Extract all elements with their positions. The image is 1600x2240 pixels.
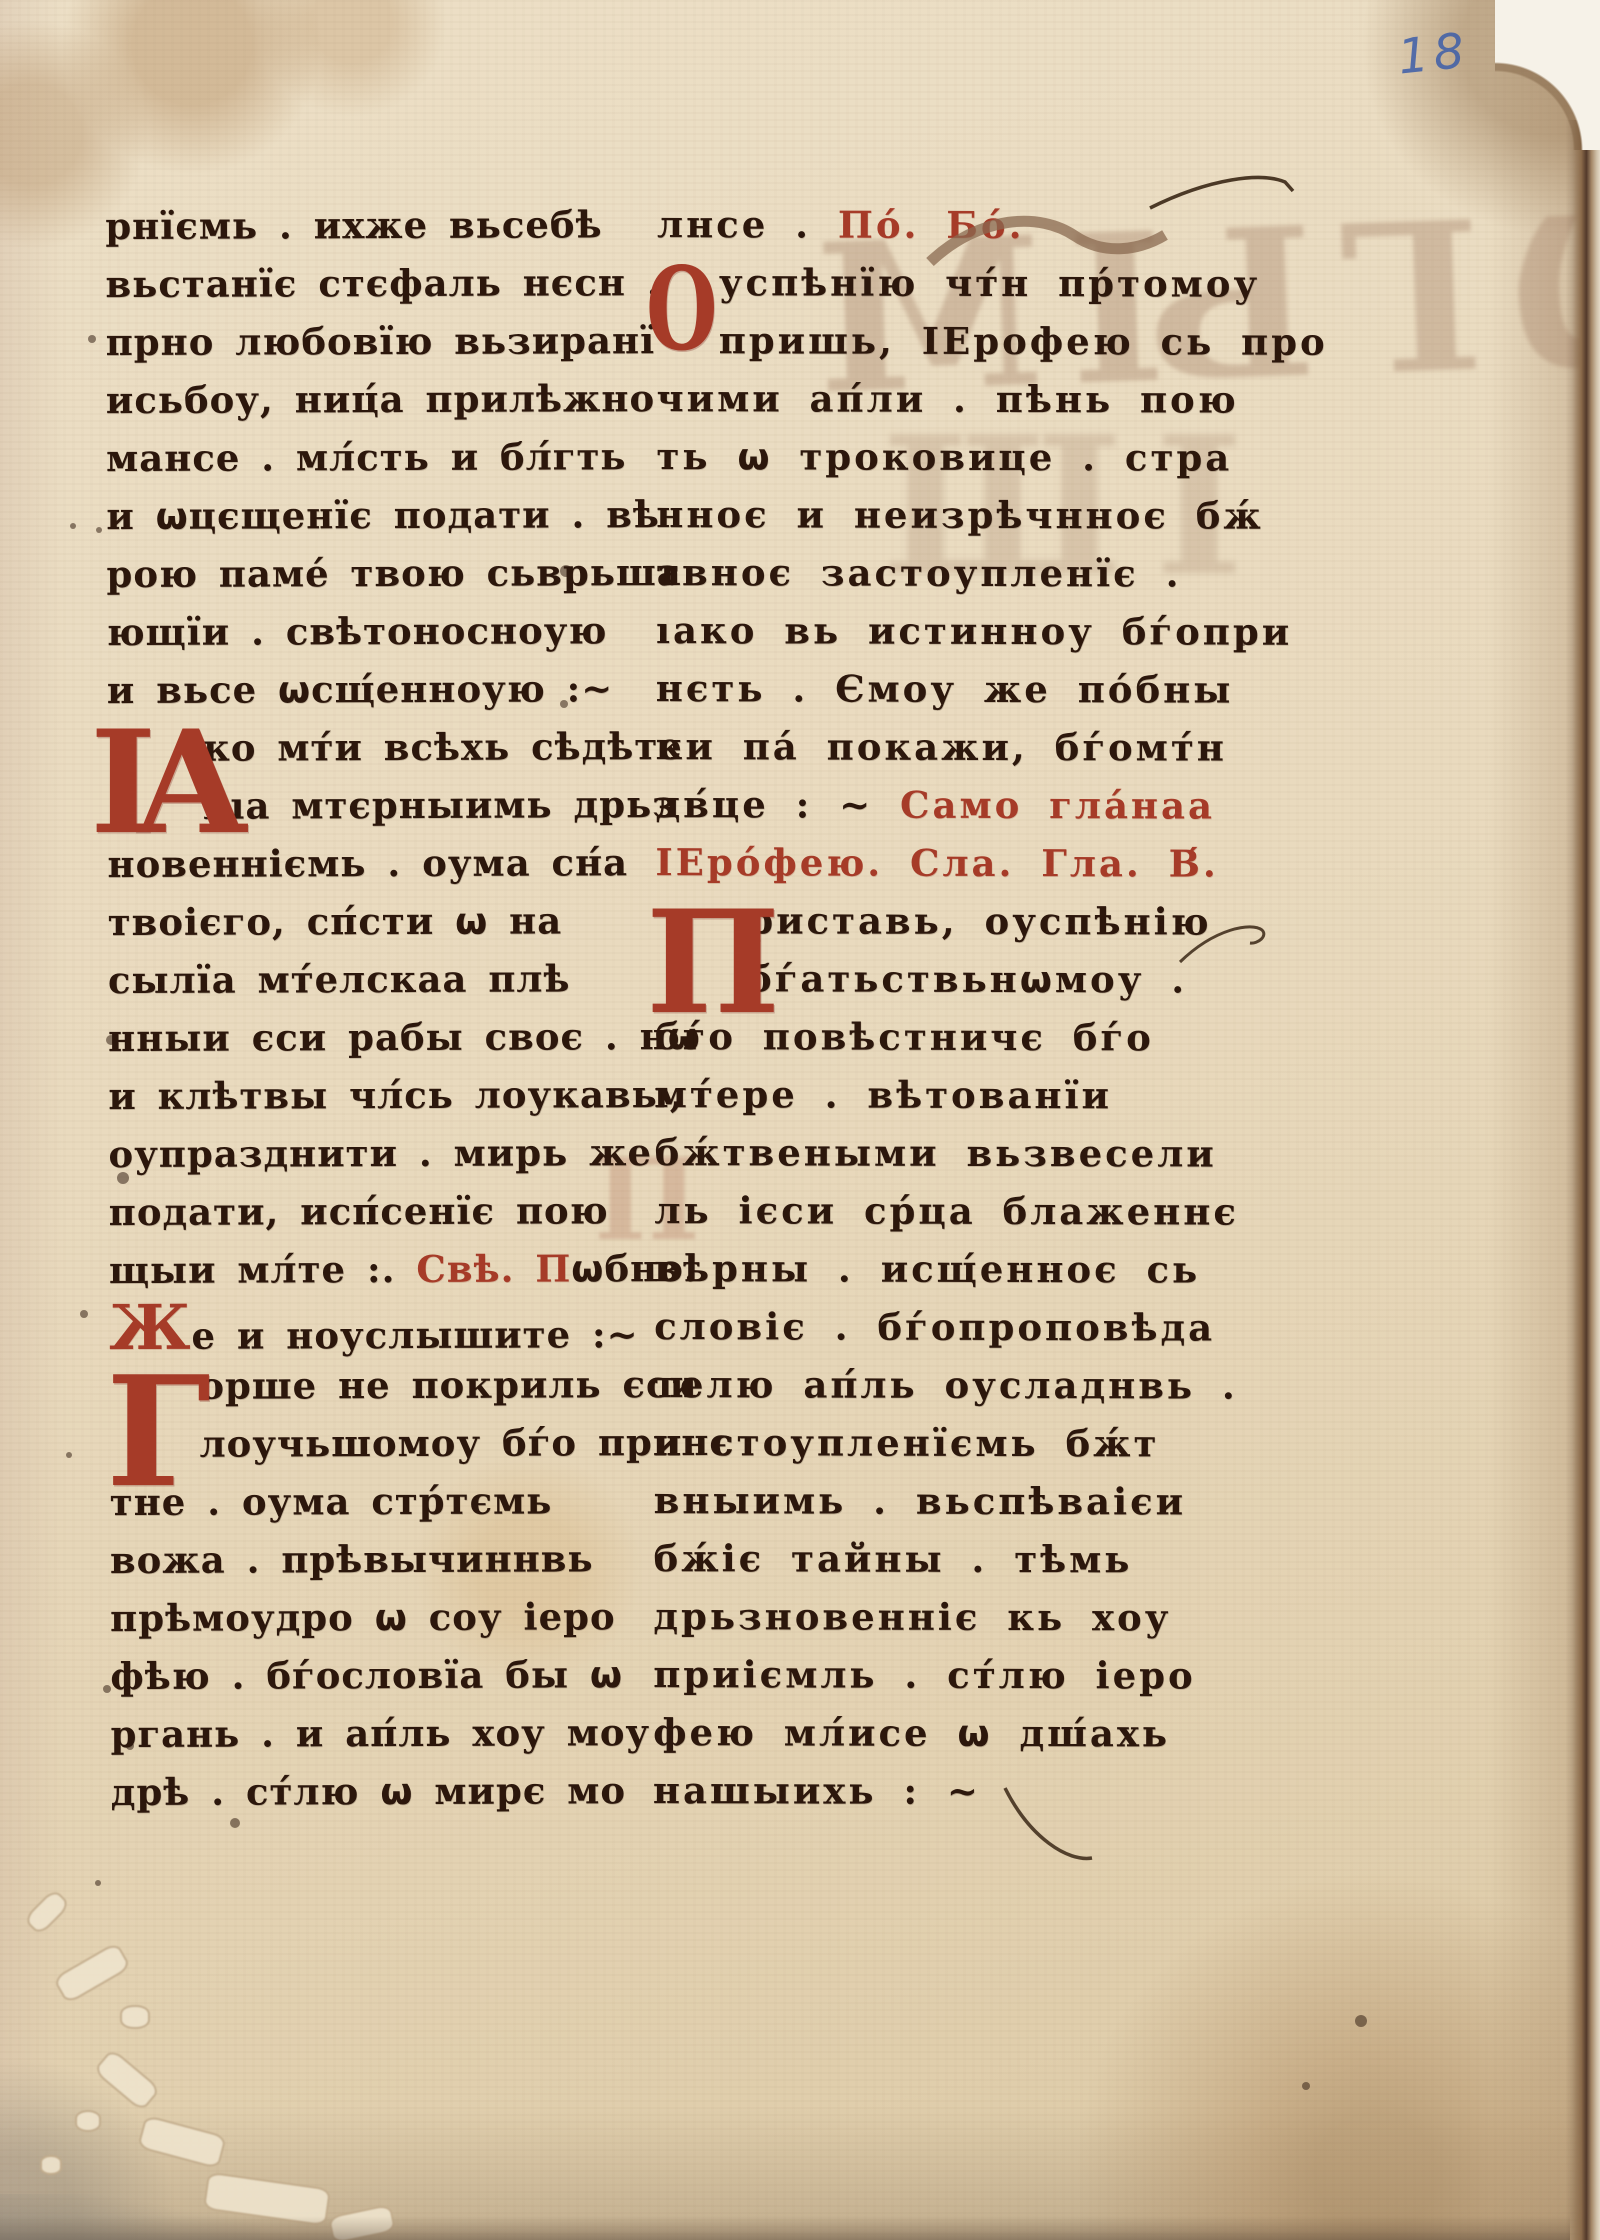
body-text: вьстанїє стєфаль нєсн . (105, 260, 660, 306)
manuscript-line: успѣнїю чт́н пр́томоу (657, 253, 1328, 313)
body-text: вѣрны . исщ́енноє сь (654, 1246, 1200, 1291)
body-text: нныи єси рабы своє . нѡ (108, 1014, 701, 1060)
body-text: орше не покриль єси (199, 1362, 698, 1408)
page-corner-background (1495, 0, 1600, 150)
body-text: оупразднити . мирь же (108, 1130, 652, 1176)
body-text: твоієго, сп́сти ѡ на (108, 899, 563, 945)
body-text: подати, исп́сенїє пою (109, 1188, 609, 1234)
wormhole-mark (75, 2110, 101, 2132)
text-column-left: рнїємь . ихже вьсебѣвьстанїє стєфаль нєс… (105, 195, 734, 1821)
rubric-text: По́. (838, 203, 947, 247)
ink-speck (80, 1310, 88, 1318)
manuscript-line: оупразднити . мирь же (108, 1123, 732, 1183)
body-text: ки па́ покажи, бѓомт́н (656, 724, 1227, 769)
manuscript-line: ıако вь истинноу бѓопри (656, 601, 1327, 661)
rubric-text: П (535, 1246, 571, 1290)
manuscript-line: щыи мл́те :. Свѣ. Пѡбно. (109, 1239, 733, 1299)
book-edge-right (1566, 120, 1600, 2240)
body-text: ль ієси ср́ца блаженнє (654, 1188, 1239, 1234)
body-text: пришь, ІЕрофею сь про (719, 318, 1328, 364)
body-text: ко мт́и всѣхь сѣдѣте (203, 724, 683, 770)
ink-speck (66, 1452, 72, 1458)
manuscript-line: ки па́ покажи, бѓомт́н (656, 717, 1327, 777)
manuscript-line: ргань . и ап́ль хоу моу (110, 1703, 734, 1763)
manuscript-line: нноє и неизрѣчнноє бж́ (656, 485, 1327, 545)
manuscript-line: вьстанїє стєфаль нєсн . (105, 253, 729, 313)
body-text: и стоупленїємь бж́т (654, 1420, 1160, 1465)
body-text: телю ап́ль оусладнвь . (654, 1362, 1238, 1408)
body-text: бѓатьствьнѡмоу . (747, 956, 1187, 1001)
body-text: ющїи . свѣтоносноую (107, 608, 608, 654)
manuscript-line: фѣю . бѓословїа бы ѡ (110, 1645, 734, 1705)
body-text: фѣю . бѓословїа бы ѡ (110, 1652, 623, 1698)
body-text: нашыихь : ~ (653, 1768, 981, 1813)
manuscript-line: нашыихь : ~ (653, 1761, 1324, 1821)
body-text: мт́ере . вѣтованїи (655, 1072, 1112, 1117)
wormhole-mark (120, 2005, 150, 2029)
body-text: нноє и неизрѣчнноє бж́ (656, 492, 1264, 538)
body-text: и ѡцєщенїє подати . вѣ (106, 492, 660, 538)
body-text: риставь, оуспѣнію (747, 898, 1212, 943)
manuscript-line: рою паме́ твою сьврьша (106, 543, 730, 603)
manuscript-line: прѣмоудро ѡ соу іеро (110, 1587, 734, 1647)
body-text: рою паме́ твою сьврьша (106, 550, 681, 596)
manuscript-line: сылїа мт́елскаа плѣ (108, 949, 732, 1009)
dropcap-initial: ІА (90, 712, 227, 854)
manuscript-line: и ѡцєщенїє подати . вѣ (106, 485, 730, 545)
manuscript-line: телю ап́ль оусладнвь . (654, 1355, 1325, 1415)
body-text: исьбоу, ниц́а прилѣжно (106, 376, 655, 422)
manuscript-line: дв́це : ~ Само гла́наа (655, 775, 1326, 835)
body-text: вныимь . вьспѣваієи (654, 1478, 1187, 1523)
manuscript-line: вѣрны . исщ́енноє сь (654, 1239, 1325, 1299)
manuscript-line: вожа . прѣвычиннвь (110, 1529, 734, 1589)
manuscript-line: и клѣтвы чл́сь лоукавы, (108, 1065, 732, 1125)
manuscript-line: и стоупленїємь бж́т (654, 1413, 1325, 1473)
manuscript-line: лнсе . По́. Бо́. (657, 195, 1328, 255)
body-text: дрѣ . ст́лю ѡ мирє мо (111, 1768, 626, 1814)
body-text: твноє застоупленїє . (656, 550, 1181, 595)
rubric-text: ІЕро́фею. Сла. Гла. В́. (655, 840, 1219, 885)
manuscript-line: мансе . мл́сть и бл́гть (106, 427, 730, 487)
rubric-text: Бо́. (946, 203, 1024, 247)
manuscript-line: приіємль . ст́лю іеро (653, 1645, 1324, 1705)
body-text: лıа мтєрныимь дрьз (203, 782, 677, 828)
manuscript-line: мт́ере . вѣтованїи (655, 1065, 1326, 1125)
manuscript-line: бж́твеными вьзвесели (655, 1123, 1326, 1183)
body-text: приіємль . ст́лю іеро (653, 1652, 1196, 1697)
body-text: прѣмоудро ѡ соу іеро (110, 1594, 616, 1640)
manuscript-line: исьбоу, ниц́а прилѣжно (106, 369, 730, 429)
manuscript-line: пришь, ІЕрофею сь про (657, 311, 1328, 371)
body-text: словіє . бѓопроповѣда (654, 1304, 1215, 1349)
ink-speck (96, 527, 102, 533)
body-text: чими ап́ли . пѣнь пою (657, 376, 1239, 422)
body-text: бж́іє тайны . тѣмь (654, 1536, 1133, 1581)
manuscript-line: ль ієси ср́ца блаженнє (654, 1181, 1325, 1241)
body-text: ргань . и ап́ль хоу моу (110, 1710, 650, 1756)
manuscript-photo: ѠГЫМ ІШ П рнїємь . ихже вьсебѣвьстанїє с… (0, 0, 1600, 2240)
manuscript-line: словіє . бѓопроповѣда (654, 1297, 1325, 1357)
body-text: мансе . мл́сть и бл́гть (106, 434, 627, 480)
ink-speck (1355, 2015, 1367, 2027)
body-text: фею мл́исе ѡ дш́ахь (653, 1710, 1170, 1755)
body-text: бж́твеными вьзвесели (655, 1130, 1217, 1175)
body-text: успѣнїю чт́н пр́томоу (719, 260, 1260, 305)
body-text: дв́це : ~ (655, 782, 900, 827)
manuscript-line: прно любовїю вьзиранї (106, 311, 730, 371)
body-text: и клѣтвы чл́сь лоукавы, (108, 1072, 683, 1118)
dropcap-initial: П (646, 892, 780, 1034)
manuscript-line: чими ап́ли . пѣнь пою (657, 369, 1328, 429)
manuscript-line: твноє застоупленїє . (656, 543, 1327, 603)
manuscript-line: рнїємь . ихже вьсебѣ (105, 195, 729, 255)
manuscript-line: дрѣ . ст́лю ѡ мирє мо (111, 1761, 735, 1821)
body-text: ıако вь истинноу бѓопри (656, 608, 1292, 654)
body-text: щыи мл́те :. (109, 1247, 417, 1292)
manuscript-line: твоієго, сп́сти ѡ на (108, 891, 732, 951)
manuscript-line: ющїи . свѣтоносноую (107, 601, 731, 661)
ink-speck (88, 335, 96, 343)
ink-speck (1302, 2082, 1310, 2090)
body-text: е и ноуслышите :~ (191, 1312, 638, 1358)
manuscript-line: нєть . Ємоу же по́бны (656, 659, 1327, 719)
body-text: лнсе . (657, 202, 838, 246)
dropcap-initial: Г (106, 1356, 211, 1508)
body-text: нєть . Ємоу же по́бны (656, 666, 1234, 712)
manuscript-line: бж́іє тайны . тѣмь (653, 1529, 1324, 1589)
body-text: вожа . прѣвычиннвь (110, 1536, 594, 1582)
wormhole-mark (40, 2155, 62, 2175)
body-text: дрьзновенніє кь хоу (653, 1594, 1171, 1639)
manuscript-line: фею мл́исе ѡ дш́ахь (653, 1703, 1324, 1763)
rubric-text: Свѣ. (416, 1247, 535, 1291)
ink-speck (70, 523, 76, 529)
body-text: сылїа мт́елскаа плѣ (108, 956, 571, 1002)
manuscript-line: вныимь . вьспѣваієи (654, 1471, 1325, 1531)
manuscript-line: дрьзновенніє кь хоу (653, 1587, 1324, 1647)
body-text: прно любовїю вьзиранї (106, 318, 656, 364)
rubric-text: Само гла́наа (900, 783, 1215, 828)
body-text: рнїємь . ихже вьсебѣ (105, 202, 602, 248)
body-text: ть ѡ троковице . стра (656, 434, 1232, 480)
dropcap-initial: О (646, 252, 718, 366)
folio-number: 18 (1395, 22, 1472, 85)
ink-speck (95, 1880, 101, 1886)
manuscript-line: нныи єси рабы своє . нѡ (108, 1007, 732, 1067)
page-corner-shadow (0, 2194, 260, 2240)
manuscript-line: ть ѡ троковице . стра (656, 427, 1327, 487)
manuscript-line: подати, исп́сенїє пою (109, 1181, 733, 1241)
